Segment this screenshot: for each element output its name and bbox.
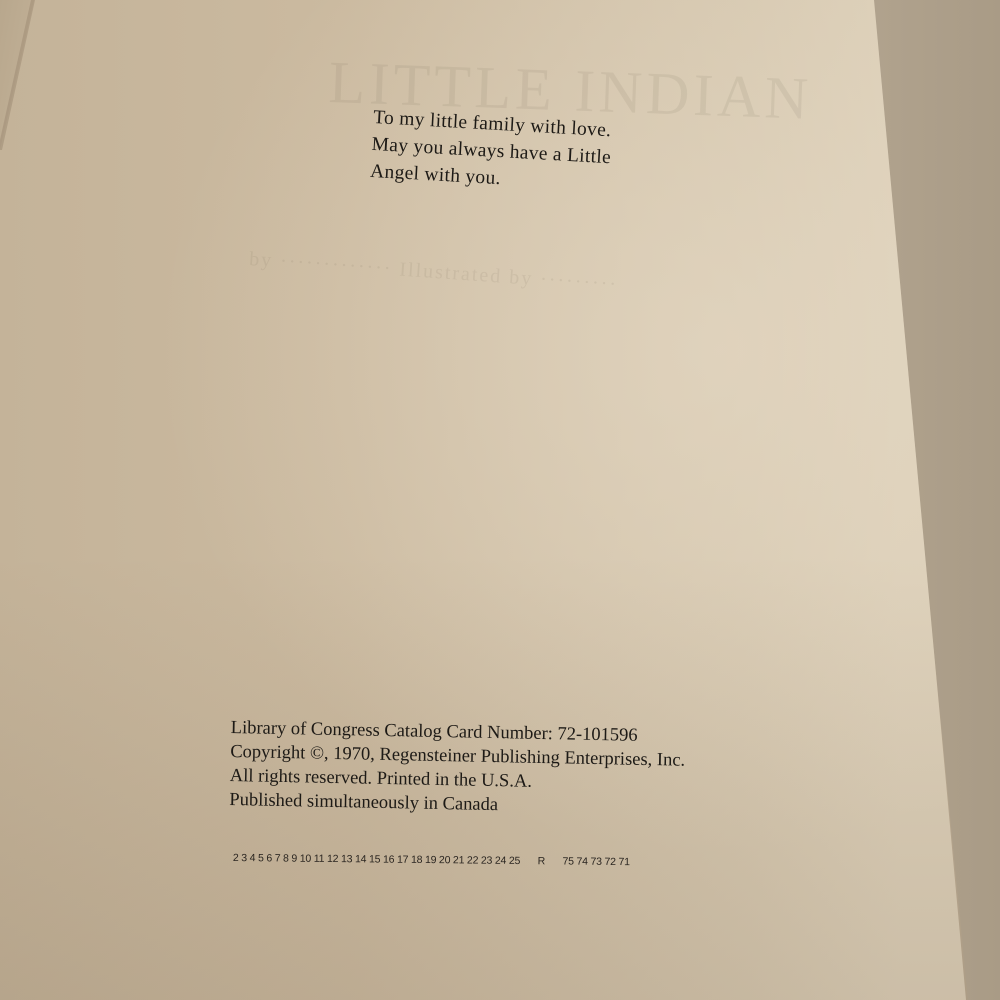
dedication-text: To my little family with love. May you a… (369, 104, 613, 198)
printing-marker: R (538, 855, 546, 867)
copyright-block: Library of Congress Catalog Card Number:… (229, 716, 686, 821)
year-numbers: 75 74 73 72 71 (562, 855, 629, 868)
